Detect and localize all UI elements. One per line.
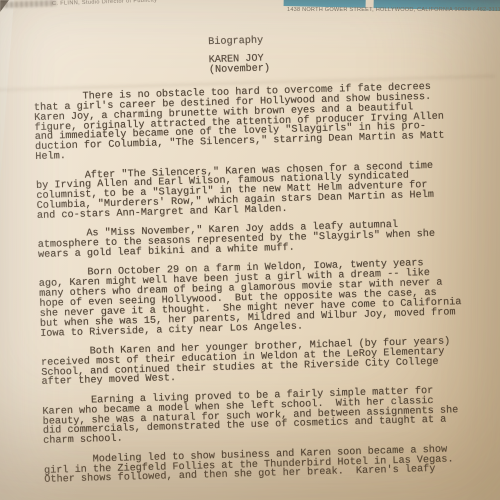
paragraph: Born October 29 on a farm in Weldon, Iow… [38,258,495,340]
photographed-document: C. FLINN, Studio Director of Publicity 1… [0,0,500,500]
document-heading: Biography [208,35,269,48]
typed-page-content: Biography KAREN JOY (November) There is … [0,0,500,500]
title-block: Biography KAREN JOY (November) [208,35,270,75]
paragraph: Modeling led to show business and Karen … [44,444,500,486]
paragraph: There is no obstacle too hard to overcom… [34,81,491,163]
paragraph: As "Miss November," Karen Joy adds a lea… [37,219,493,261]
subject-month: (November) [209,64,270,75]
paragraph: Both Karen and her younger brother, Mich… [41,336,497,388]
paragraph: After "The Silencers," Karen was chosen … [36,160,492,222]
document-body: There is no obstacle too hard to overcom… [34,81,500,495]
paragraph: Earning a living proved to be a fairly s… [42,385,498,447]
